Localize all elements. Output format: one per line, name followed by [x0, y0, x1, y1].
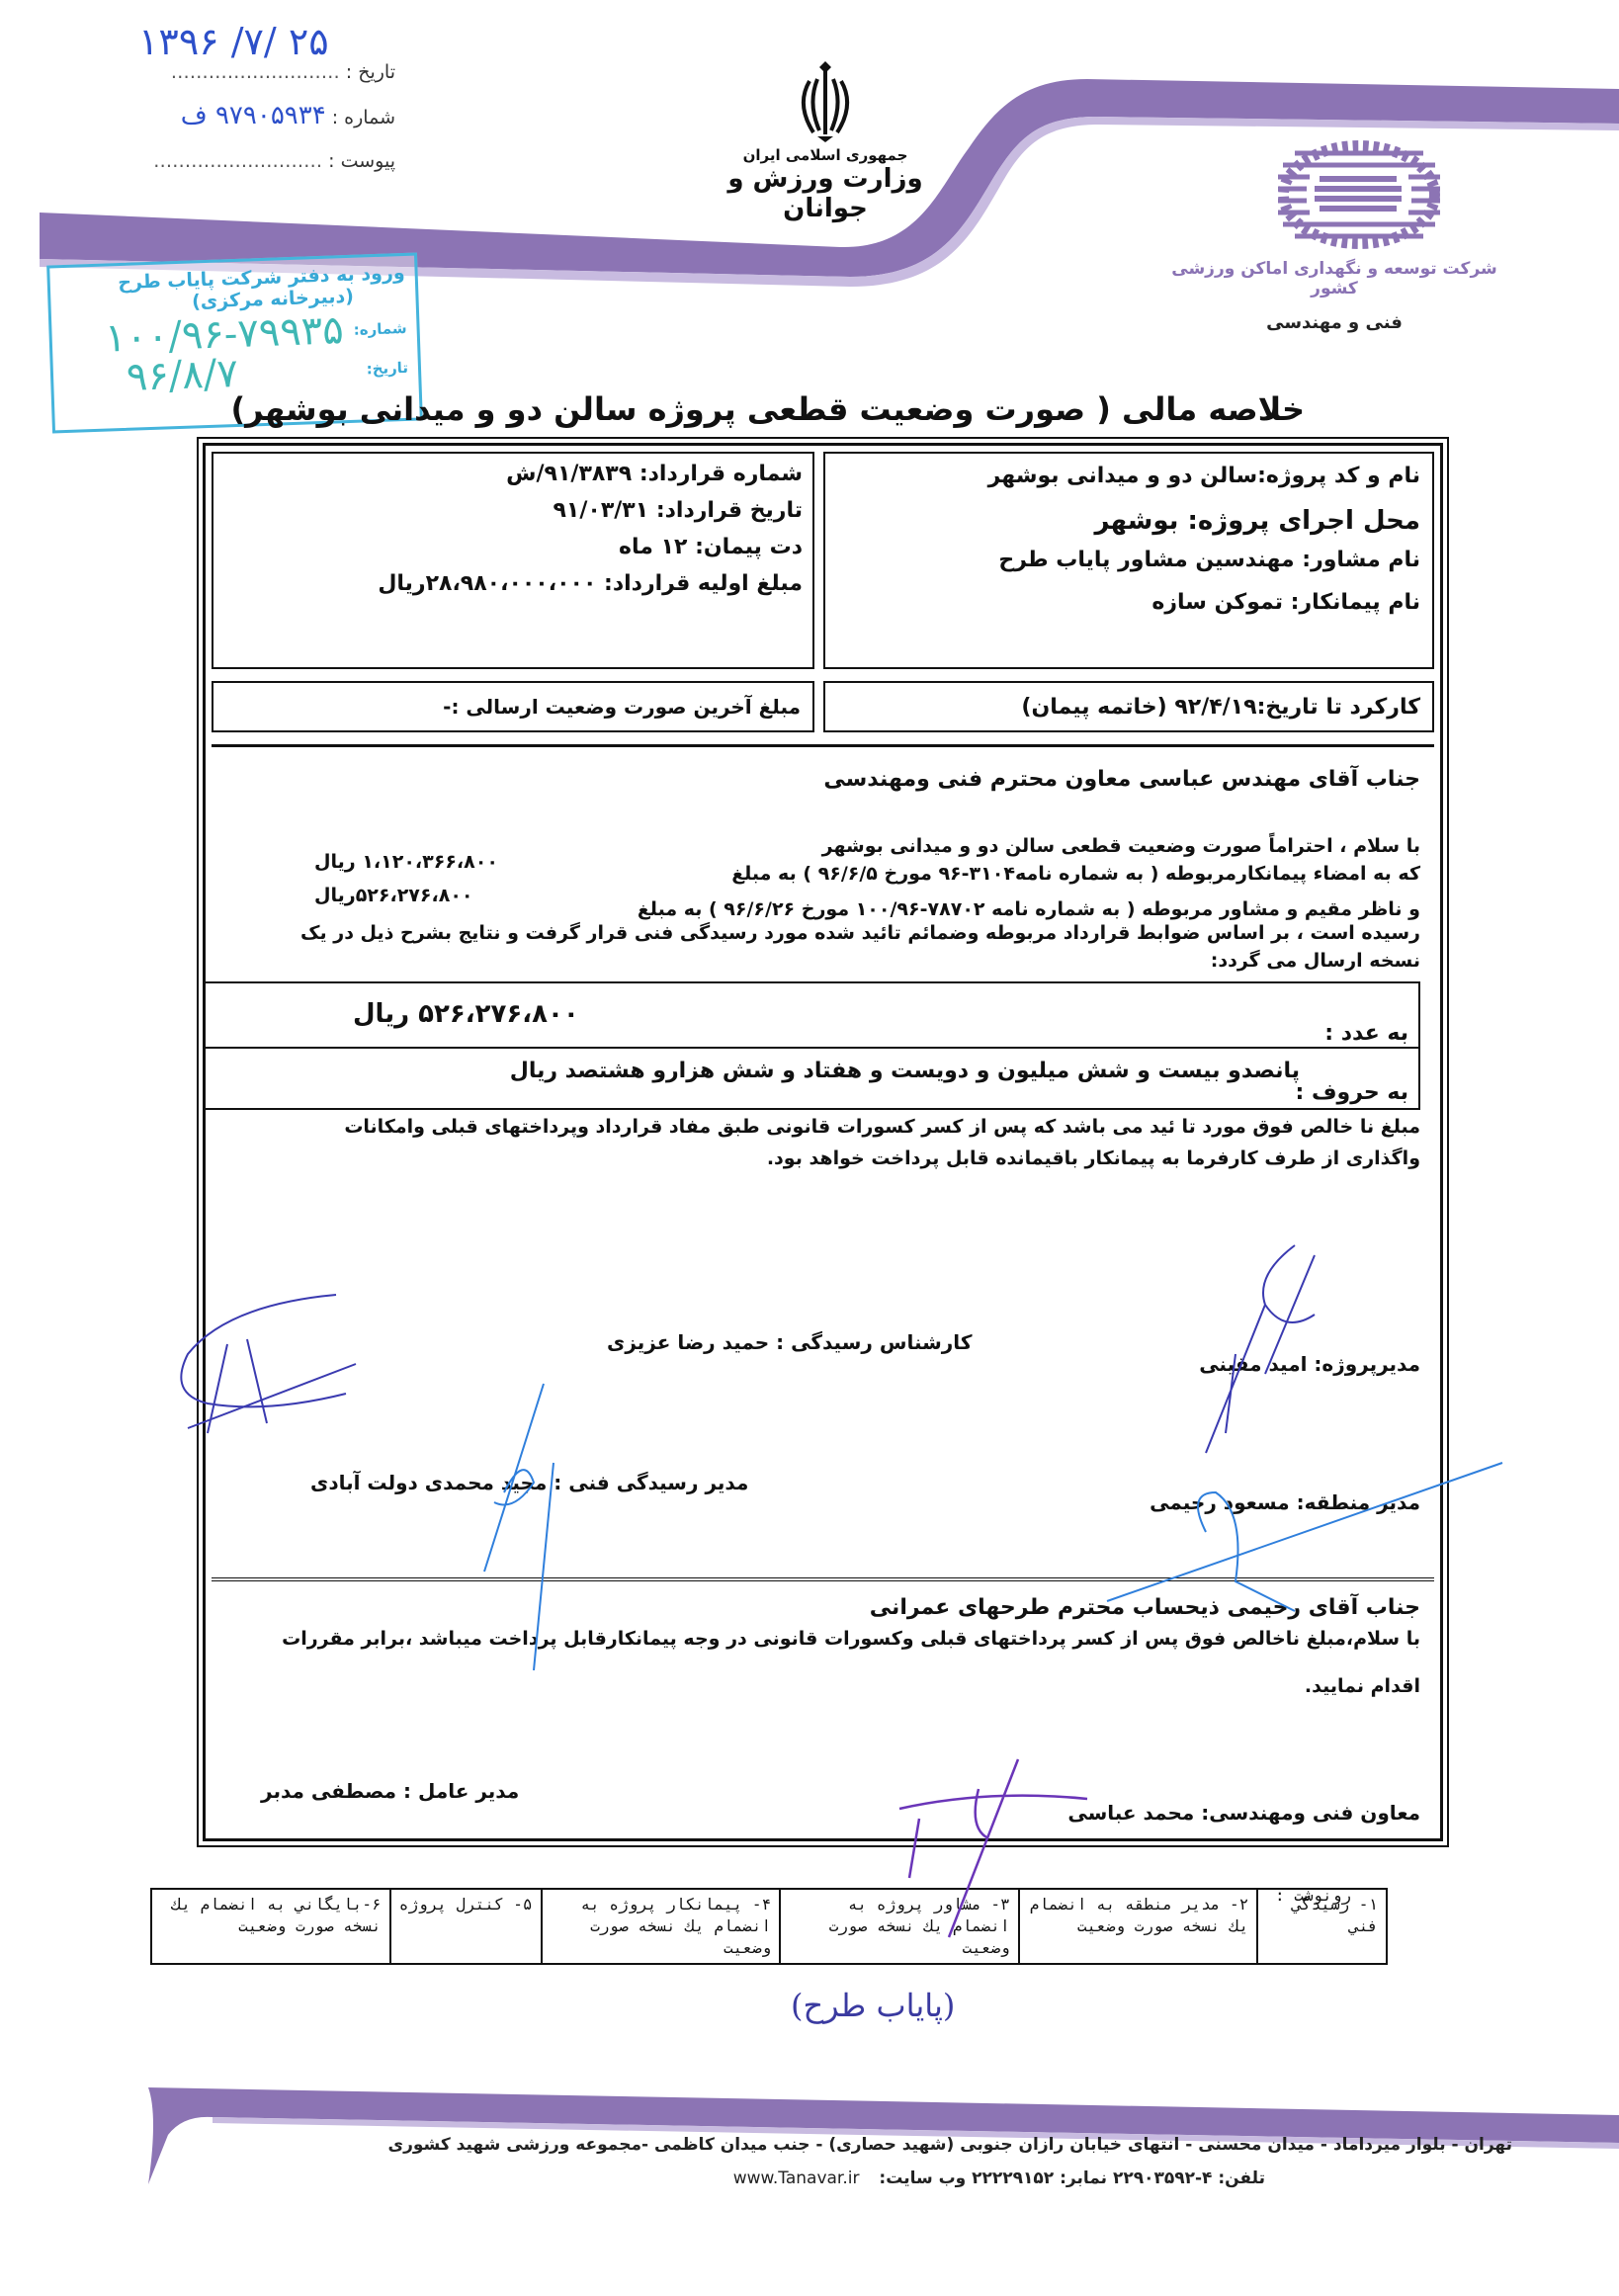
amount-digits-row: به عدد : ۵۲۶،۲۷۶،۸۰۰ ریال [205, 983, 1418, 1049]
contract-amount-row: مبلغ اولیه قرارداد: ۲۸،۹۸۰،۰۰۰،۰۰۰ریال [223, 571, 803, 596]
contract-amount-label: مبلغ اولیه قرارداد: [604, 571, 803, 596]
contract-number-row: شماره قرارداد: ۹۱/۳۸۳۹/ش [223, 462, 803, 486]
consultant-row: نام مشاور: مهندسین مشاور پایاب طرح [837, 548, 1420, 572]
stamp-number-label: شماره: [353, 319, 407, 339]
project-info-left: شماره قرارداد: ۹۱/۳۸۳۹/ش تاریخ قرارداد: … [212, 452, 814, 669]
stamp-date-value: ۹۶/۸/۷ [126, 351, 238, 400]
company-department: فنی و مهندسی [1147, 312, 1522, 333]
contract-date-row: تاریخ قرارداد: ۹۱/۰۳/۳۱ [223, 498, 803, 523]
letter-paragraph-2: که به امضاء پیمانکارمربوطه ( به شماره نا… [225, 859, 1420, 885]
footer-contact: تلفن: ۴-۲۲۹۰۳۵۹۲ نمابر: ۲۲۲۲۹۱۵۲ وب سایت… [879, 2168, 1265, 2188]
letter-paragraph-3: و ناظر مقیم و مشاور مربوطه ( به شماره نا… [225, 891, 1420, 920]
note-line-2: واگذاری از طرف کارفرما به پیمانکار باقیم… [225, 1148, 1420, 1169]
footer-address: تهران - بلوار میرداماد - میدان محسنی - ا… [217, 2135, 1512, 2155]
contract-duration-label: دت پیمان: [695, 535, 803, 559]
approval-body-2: اقدام نمایید. [225, 1675, 1420, 1697]
cc-item-4: ۴- پيمانكار پروژه به انضمام يك نسخه صورت… [542, 1889, 781, 1964]
letter-paragraph-4: رسیده است ، بر اساس ضوابط قرارداد مربوطه… [225, 922, 1420, 944]
project-location-value: بوشهر [1094, 506, 1187, 536]
cc-item-6: ۶-بايگاني به انضمام يك نسخه صورت وضعيت [151, 1889, 390, 1964]
cc-item-2: ۲- مدير منطقه به انضمام يك نسخه صورت وضع… [1019, 1889, 1258, 1964]
signatory-region-manager: مدیر منطقه: مسعود رحیمی [1150, 1490, 1420, 1514]
cc-item-3: ۳- مشاور پروژه به انضمام يك نسخه صورت وض… [780, 1889, 1019, 1964]
consultant-label: نام مشاور: [1302, 548, 1420, 572]
amount-words-value: پانصدو بیست و شش میلیون و دویست و هفتاد … [510, 1059, 1300, 1083]
letter-p2-amount: ۱،۱۲۰،۳۶۶،۸۰۰ ریال [314, 851, 498, 873]
last-statement-cell: مبلغ آخرین صورت وضعیت ارسالی :- [212, 681, 814, 732]
company-heading: شرکت توسعه و نگهداری اماکن ورزشی کشور فن… [1147, 259, 1522, 333]
project-name-row: نام و کد پروژه:سالن دو و میدانی بوشهر [837, 464, 1420, 488]
contract-amount-value: ۲۸،۹۸۰،۰۰۰،۰۰۰ریال [378, 571, 604, 596]
contractor-row: نام پیمانکار: تموکن سازه [837, 590, 1420, 615]
amount-words-row: به حروف : پانصدو بیست و شش میلیون و دویس… [205, 1049, 1418, 1110]
amount-digits-value: ۵۲۶،۲۷۶،۸۰۰ ریال [353, 999, 579, 1029]
review-letter: جناب آقای مهندس عباسی معاون محترم فنی وم… [212, 744, 1434, 1574]
consultant-value: مهندسین مشاور پایاب طرح [998, 548, 1302, 572]
contract-number-value: ۹۱/۳۸۳۹/ش [506, 462, 639, 486]
letter-paragraph-5: نسخه ارسال می گردد: [225, 950, 1420, 972]
contract-number-label: شماره قرارداد: [639, 462, 803, 486]
letter-p3-text: و ناظر مقیم و مشاور مربوطه ( به شماره نا… [638, 898, 1420, 920]
approval-body-1: با سلام،مبلغ ناخالص فوق پس از کسر پرداخت… [225, 1628, 1420, 1650]
amount-box: به عدد : ۵۲۶،۲۷۶،۸۰۰ ریال به حروف : پانص… [205, 981, 1420, 1110]
document-page: ۱۳۹۶ /۷/ ۲۵ تاریخ : ……………………… شماره : ۹۷… [0, 0, 1619, 2296]
contract-duration-row: دت پیمان: ۱۲ ماه [223, 535, 803, 559]
letter-addressee: جناب آقای مهندس عباسی معاون محترم فنی وم… [225, 767, 1420, 792]
signatory-ceo: مدیر عامل : مصطفی مدبر [261, 1779, 519, 1803]
project-name-label: نام و کد پروژه: [1257, 464, 1420, 488]
approval-addressee: جناب آقای رحیمی ذیحساب محترم طرحهای عمرا… [225, 1595, 1420, 1620]
work-until-text: کارکرد تا تاریخ:۹۲/۴/۱۹ (خاتمه پیمان) [1021, 695, 1420, 720]
amount-words-label: به حروف : [1296, 1080, 1409, 1105]
footer-contact-row: تلفن: ۴-۲۲۹۰۳۵۹۲ نمابر: ۲۲۲۲۹۱۵۲ وب سایت… [395, 2168, 1265, 2188]
project-location-label: محل اجرای پروژه: [1187, 506, 1420, 536]
amount-digits-label: به عدد : [1324, 1021, 1408, 1046]
letter-p3-amount: ۵۲۶،۲۷۶،۸۰۰ریال [314, 885, 473, 906]
work-until-cell: کارکرد تا تاریخ:۹۲/۴/۱۹ (خاتمه پیمان) [823, 681, 1434, 732]
contract-duration-value: ۱۲ ماه [619, 535, 695, 559]
stamp-date-label: تاریخ: [366, 359, 408, 378]
signatory-tech-review-manager: مدیر رسیدگی فنی : مجید محمدی دولت آبادی [310, 1471, 748, 1494]
contract-date-value: ۹۱/۰۳/۳۱ [554, 498, 656, 523]
contractor-value: تموکن سازه [1151, 590, 1290, 615]
note-line-1: مبلغ نا خالص فوق مورد تا ئید می باشد که … [225, 1116, 1420, 1138]
contractor-label: نام پیمانکار: [1291, 590, 1420, 615]
company-name: شرکت توسعه و نگهداری اماکن ورزشی کشور [1147, 259, 1522, 298]
approval-letter: جناب آقای رحیمی ذیحساب محترم طرحهای عمرا… [212, 1577, 1434, 1832]
project-name-value: سالن دو و میدانی بوشهر [988, 464, 1258, 488]
main-frame: نام و کد پروژه:سالن دو و میدانی بوشهر مح… [203, 443, 1443, 1841]
signatory-project-manager: مدیرپروژه: امید مقینی [1199, 1352, 1420, 1376]
project-info-right: نام و کد پروژه:سالن دو و میدانی بوشهر مح… [823, 452, 1434, 669]
company-logo-icon [1275, 138, 1443, 252]
signatory-deputy: معاون فنی ومهندسی: محمد عباسی [1067, 1801, 1420, 1825]
handwritten-cc-note: (پایاب طرح) [791, 1987, 955, 2024]
footer-website-link[interactable]: www.Tanavar.ir [733, 2168, 860, 2188]
letter-p2-text: که به امضاء پیمانکارمربوطه ( به شماره نا… [731, 863, 1420, 885]
cc-item-1: ۱- رسیدگي فني [1257, 1889, 1387, 1964]
cc-table: ۱- رسیدگي فني ۲- مدير منطقه به انضمام يك… [150, 1888, 1388, 1965]
signatory-reviewer: کارشناس رسیدگی : حمید رضا عزیزی [607, 1330, 972, 1354]
cc-item-5: ۵- كنترل پروژه [390, 1889, 542, 1964]
last-statement-text: مبلغ آخرین صورت وضعیت ارسالی :- [443, 695, 801, 719]
contract-date-label: تاریخ قرارداد: [656, 498, 803, 523]
project-location-row: محل اجرای پروژه: بوشهر [837, 506, 1420, 536]
document-title: خلاصه مالی ( صورت وضعیت قطعی پروژه سالن … [435, 390, 1305, 428]
